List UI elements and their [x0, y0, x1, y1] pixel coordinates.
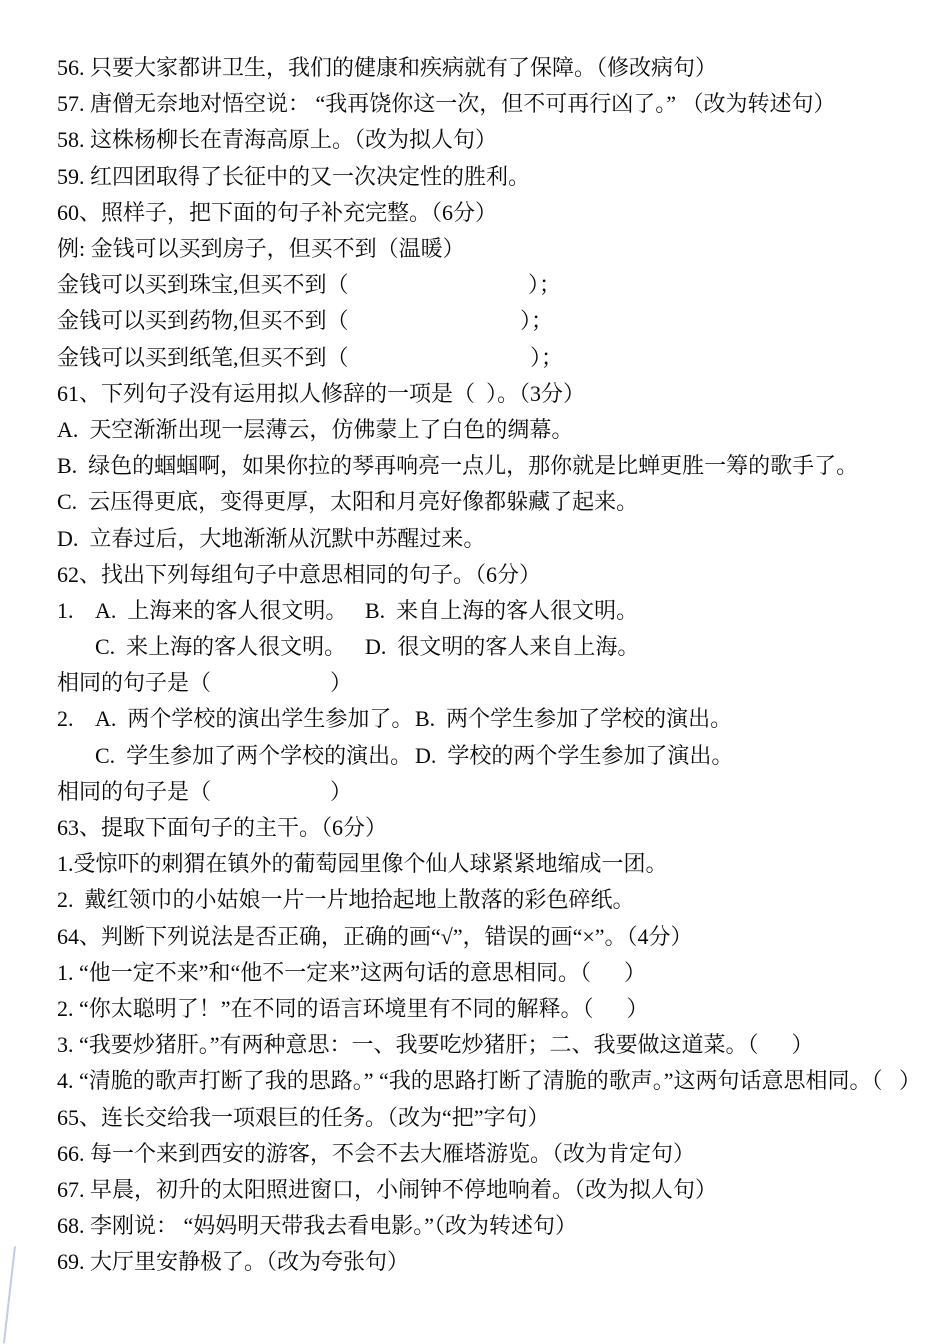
text-segment: 69. 大厅里安静极了。（改为夸张句） [57, 1251, 409, 1273]
q64-item-3: 3. “我要炒猪肝。”有两种意思：一、我要吃炒猪肝；二、我要做这道菜。（ ） [0, 1027, 950, 1063]
text-segment: 62、找出下列每组句子中意思相同的句子。（6分） [57, 564, 541, 586]
question-69: 69. 大厅里安静极了。（改为夸张句） [0, 1244, 950, 1280]
text-segment: 金钱可以买到纸笔,但买不到（ [57, 347, 349, 369]
text-segment: 金钱可以买到珠宝,但买不到（ [57, 274, 349, 296]
text-segment: 相同的句子是（ [57, 672, 211, 694]
q62-group2-options-ab: 2.A. 两个学校的演出学生参加了。B. 两个学生参加了学校的演出。 [0, 701, 950, 737]
q62-group1-options-cd: C. 来上海的客人很文明。D. 很文明的客人来自上海。 [0, 629, 950, 665]
text-segment: 例: 金钱可以买到房子，但买不到（温暖） [57, 238, 465, 260]
text-segment: 65、连长交给我一项艰巨的任务。（改为“把”字句） [57, 1107, 550, 1129]
text-segment: ）； [520, 310, 553, 332]
q62-group1-options-ab: 1.A. 上海来的客人很文明。B. 来自上海的客人很文明。 [0, 593, 950, 629]
worksheet-page: 56. 只要大家都讲卫生，我们的健康和疾病就有了保障。（修改病句）57. 唐僧无… [0, 0, 950, 1344]
text-segment: B. 绿色的蝈蝈啊，如果你拉的琴再响亮一点儿，那你就是比蝉更胜一筹的歌手了。 [57, 455, 858, 477]
text-segment: 2. [57, 708, 74, 730]
text-segment: 2. 戴红领巾的小姑娘一片一片地拾起地上散落的彩色碎纸。 [57, 889, 635, 911]
q61-option-c: C. 云压得更底，变得更厚，太阳和月亮好像都躲藏了起来。 [0, 484, 950, 520]
text-segment: 60、照样子，把下面的句子补充完整。（6分） [57, 202, 497, 224]
text-segment: C. 学生参加了两个学校的演出。 [95, 745, 412, 767]
text-segment: ） [330, 781, 352, 803]
text-segment: 64、判断下列说法是否正确，正确的画“√”，错误的画“×”。（4分） [57, 926, 693, 948]
text-segment: ）； [528, 274, 561, 296]
question-65: 65、连长交给我一项艰巨的任务。（改为“把”字句） [0, 1099, 950, 1135]
text-segment: ）； [530, 347, 563, 369]
text-segment: 56. 只要大家都讲卫生，我们的健康和疾病就有了保障。（修改病句） [57, 57, 717, 79]
q60-blank-1: 金钱可以买到珠宝,但买不到（）； [0, 267, 950, 303]
q60-blank-2: 金钱可以买到药物,但买不到（）； [0, 303, 950, 339]
q63-item-2: 2. 戴红领巾的小姑娘一片一片地拾起地上散落的彩色碎纸。 [0, 882, 950, 918]
text-segment: A. 上海来的客人很文明。 [95, 600, 347, 622]
text-segment: 63、提取下面句子的主干。（6分） [57, 817, 387, 839]
text-segment: A. 两个学校的演出学生参加了。 [95, 708, 413, 730]
text-segment: 67. 早晨，初升的太阳照进窗口，小闹钟不停地响着。（改为拟人句） [57, 1179, 717, 1201]
question-62: 62、找出下列每组句子中意思相同的句子。（6分） [0, 557, 950, 593]
text-segment: 1.受惊吓的刺猬在镇外的葡萄园里像个仙人球紧紧地缩成一团。 [57, 853, 668, 875]
q64-item-4: 4. “清脆的歌声打断了我的思路。” “我的思路打断了清脆的歌声。”这两句话意思… [0, 1063, 950, 1099]
q61-option-b: B. 绿色的蝈蝈啊，如果你拉的琴再响亮一点儿，那你就是比蝉更胜一筹的歌手了。 [0, 448, 950, 484]
text-segment: 4. “清脆的歌声打断了我的思路。” “我的思路打断了清脆的歌声。”这两句话意思… [57, 1070, 921, 1092]
q63-item-1: 1.受惊吓的刺猬在镇外的葡萄园里像个仙人球紧紧地缩成一团。 [0, 846, 950, 882]
text-segment: B. 两个学生参加了学校的演出。 [415, 708, 732, 730]
question-63: 63、提取下面句子的主干。（6分） [0, 810, 950, 846]
text-segment: D. 立春过后，大地渐渐从沉默中苏醒过来。 [57, 528, 485, 550]
q64-item-2: 2. “你太聪明了！”在不同的语言环境里有不同的解释。（ ） [0, 991, 950, 1027]
text-segment: 3. “我要炒猪肝。”有两种意思：一、我要吃炒猪肝；二、我要做这道菜。（ ） [57, 1034, 814, 1056]
q60-example: 例: 金钱可以买到房子，但买不到（温暖） [0, 231, 950, 267]
text-segment: 59. 红四团取得了长征中的又一次决定性的胜利。 [57, 166, 530, 188]
question-56: 56. 只要大家都讲卫生，我们的健康和疾病就有了保障。（修改病句） [0, 50, 950, 86]
text-segment: B. 来自上海的客人很文明。 [365, 600, 638, 622]
text-segment: A. 天空渐渐出现一层薄云，仿佛蒙上了白色的绸幕。 [57, 419, 573, 441]
question-68: 68. 李刚说： “妈妈明天带我去看电影。”（改为转述句） [0, 1208, 950, 1244]
q64-item-1: 1. “他一定不来”和“他不一定来”这两句话的意思相同。（ ） [0, 955, 950, 991]
text-segment: 金钱可以买到药物,但买不到（ [57, 310, 349, 332]
text-segment: 58. 这株杨柳长在青海高原上。（改为拟人句） [57, 129, 497, 151]
q60-blank-3: 金钱可以买到纸笔,但买不到（）； [0, 340, 950, 376]
text-segment: D. 学校的两个学生参加了演出。 [415, 745, 733, 767]
q62-group2-options-cd: C. 学生参加了两个学校的演出。D. 学校的两个学生参加了演出。 [0, 738, 950, 774]
question-61: 61、下列句子没有运用拟人修辞的一项是（ ）。（3分） [0, 376, 950, 412]
text-segment: 相同的句子是（ [57, 781, 211, 803]
text-segment: 1. “他一定不来”和“他不一定来”这两句话的意思相同。（ ） [57, 962, 646, 984]
question-64: 64、判断下列说法是否正确，正确的画“√”，错误的画“×”。（4分） [0, 919, 950, 955]
q61-option-d: D. 立春过后，大地渐渐从沉默中苏醒过来。 [0, 520, 950, 556]
q61-option-a: A. 天空渐渐出现一层薄云，仿佛蒙上了白色的绸幕。 [0, 412, 950, 448]
question-66: 66. 每一个来到西安的游客，不会不去大雁塔游览。（改为肯定句） [0, 1136, 950, 1172]
q62-group2-answer: 相同的句子是（） [0, 774, 950, 810]
question-60: 60、照样子，把下面的句子补充完整。（6分） [0, 195, 950, 231]
text-segment: C. 云压得更底，变得更厚，太阳和月亮好像都躲藏了起来。 [57, 491, 638, 513]
text-segment: 2. “你太聪明了！”在不同的语言环境里有不同的解释。（ ） [57, 998, 649, 1020]
document-body: 56. 只要大家都讲卫生，我们的健康和疾病就有了保障。（修改病句）57. 唐僧无… [0, 50, 950, 1280]
text-segment: ） [330, 672, 352, 694]
question-59: 59. 红四团取得了长征中的又一次决定性的胜利。 [0, 159, 950, 195]
text-segment: 1. [57, 600, 74, 622]
text-segment: C. 来上海的客人很文明。 [95, 636, 346, 658]
question-57: 57. 唐僧无奈地对悟空说： “我再饶你这一次，但不可再行凶了。” （改为转述句… [0, 86, 950, 122]
text-segment: 68. 李刚说： “妈妈明天带我去看电影。”（改为转述句） [57, 1215, 577, 1237]
text-segment: 61、下列句子没有运用拟人修辞的一项是（ ）。（3分） [57, 383, 585, 405]
text-segment: 57. 唐僧无奈地对悟空说： “我再饶你这一次，但不可再行凶了。” （改为转述句… [57, 93, 836, 115]
text-segment: 66. 每一个来到西安的游客，不会不去大雁塔游览。（改为肯定句） [57, 1143, 695, 1165]
q62-group1-answer: 相同的句子是（） [0, 665, 950, 701]
question-58: 58. 这株杨柳长在青海高原上。（改为拟人句） [0, 122, 950, 158]
question-67: 67. 早晨，初升的太阳照进窗口，小闹钟不停地响着。（改为拟人句） [0, 1172, 950, 1208]
text-segment: D. 很文明的客人来自上海。 [365, 636, 639, 658]
